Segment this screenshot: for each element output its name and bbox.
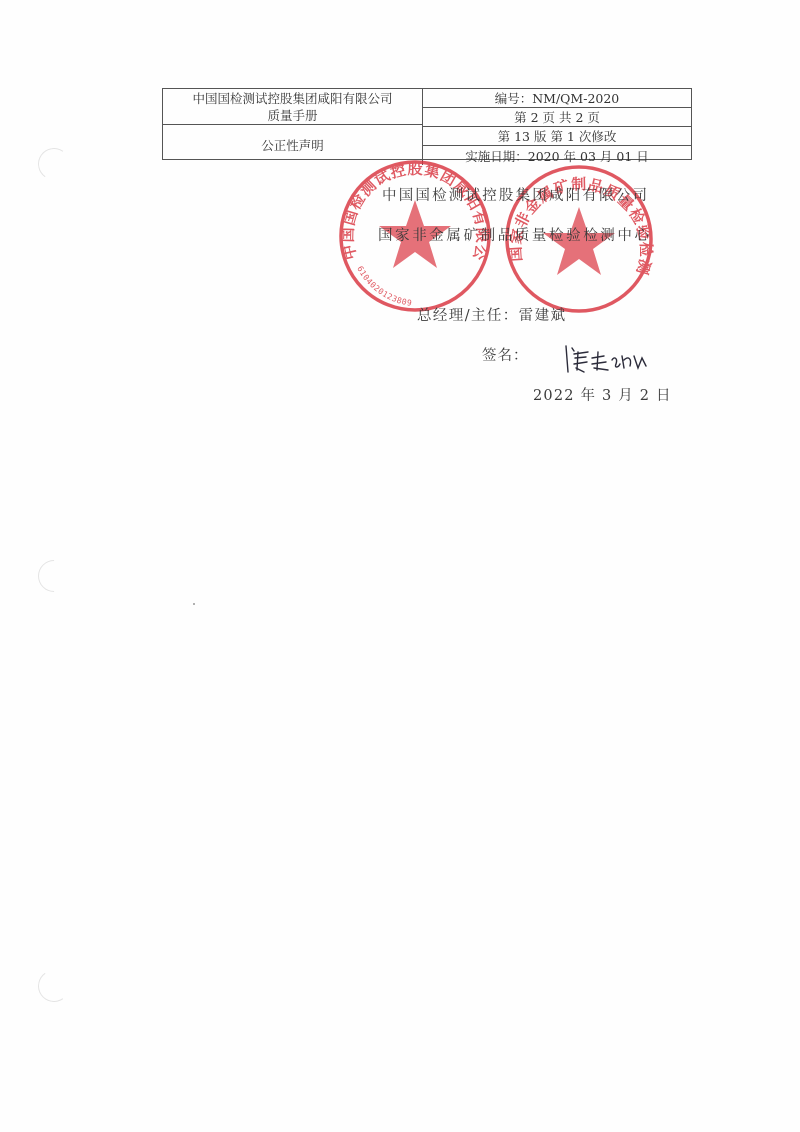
scan-speck <box>193 603 195 605</box>
edition: 第 13 版 第 1 次修改 <box>498 127 617 145</box>
page-info: 第 2 页 共 2 页 <box>514 108 600 126</box>
manual-name: 质量手册 <box>267 107 317 124</box>
binder-hole-mark <box>35 145 72 182</box>
issuer-company-name: 中国国检测试控股集团咸阳有限公司 <box>382 184 649 205</box>
binder-hole-mark <box>35 967 72 1004</box>
header-left-column: 中国国检测试控股集团咸阳有限公司 质量手册 公正性声明 <box>163 89 423 165</box>
document-page: 中国国检测试控股集团咸阳有限公司 质量手册 公正性声明 编号：NM/QM-202… <box>0 0 800 1132</box>
binder-hole-mark <box>31 553 76 598</box>
issuer-center-name: 国家非金属矿制品质量检验检测中心 <box>378 224 652 245</box>
header-right-column: 编号：NM/QM-2020 第 2 页 共 2 页 第 13 版 第 1 次修改… <box>423 89 691 165</box>
manager-line: 总经理/主任：雷建斌 <box>417 304 566 325</box>
company-name: 中国国检测试控股集团咸阳有限公司 <box>192 90 392 107</box>
doc-number: 编号：NM/QM-2020 <box>495 89 620 107</box>
edition-cell: 第 13 版 第 1 次修改 <box>423 127 691 146</box>
document-header-table: 中国国检测试控股集团咸阳有限公司 质量手册 公正性声明 编号：NM/QM-202… <box>162 88 692 160</box>
doc-number-cell: 编号：NM/QM-2020 <box>423 89 691 108</box>
page-info-cell: 第 2 页 共 2 页 <box>423 108 691 127</box>
header-title-cell: 中国国检测试控股集团咸阳有限公司 质量手册 <box>163 89 422 125</box>
signature-label: 签名： <box>482 344 529 365</box>
signing-date: 2022 年 3 月 2 日 <box>533 384 672 405</box>
section-title: 公正性声明 <box>261 136 324 154</box>
handwritten-signature <box>562 342 652 376</box>
